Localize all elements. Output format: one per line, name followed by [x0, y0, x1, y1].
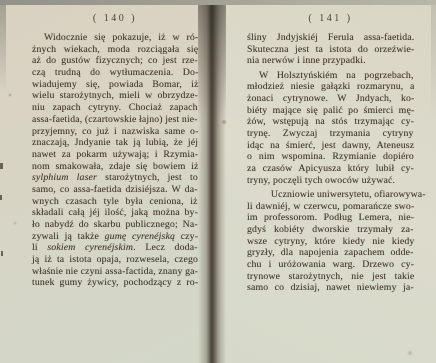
paragraph: Uczniowie uniwersytetu, ofiarowywa-li da… [247, 189, 414, 294]
text-line: wiadujemy się, powiada Bomar, iż [32, 79, 198, 91]
text-line: składali całą jéj ilość, jaką można by- [32, 207, 198, 219]
text-line: żonaci cytrynowe. W Jndyach, ko- [247, 93, 414, 105]
text-line: sylphium laser starożytnych, jest to [32, 172, 198, 184]
scan-top-edge [0, 0, 436, 5]
text-line: przyjemny, co już i nazwiska same o- [32, 126, 198, 138]
book-scan: ( 140 ) Widocznie się pokazuje, iż w ró-… [0, 0, 436, 363]
text-line: nia nerwów i inne przypadki. [247, 55, 414, 67]
text-line: nawet za pokarm używają; i Rzymia- [32, 149, 198, 161]
text-line: gdyś kobiéty dworskie trzymały za- [247, 224, 414, 236]
text-line: żnych wiekach, moda rozciągała się [32, 44, 198, 56]
text-line: li dawniéj, w czerwcu, pomarańcze swo- [247, 201, 414, 213]
book-gutter-shadow [198, 0, 226, 363]
scan-left-edge [0, 0, 6, 92]
text-line: młodzież niesie gałązki rozmarynu, a [247, 81, 414, 93]
text-line: gryzły, dla napojenia zapachem odde- [247, 247, 414, 259]
scan-right-edge [431, 0, 436, 120]
text-line: aż do gustów fizycznych; co jest rze- [32, 55, 198, 67]
page-right: ( 141 ) śliny Jndyjskiéj Ferula assa-fae… [220, 0, 436, 363]
text-line: trynę. Zwyczaj trzymania cytryny [247, 128, 414, 140]
text-line: chu i uróżowania warg. Drzewo cy- [247, 259, 414, 271]
text-line: ją iż ta istota opaja, rozwesela, czego [32, 254, 198, 266]
text-line: znaczają, Jndyanie tak ją lubią, że jéj [32, 137, 198, 149]
paragraph: śliny Jndyjskiéj Ferula assa-faetida.Sku… [247, 32, 414, 67]
text-line: Widocznie się pokazuje, iż w ró- [32, 32, 198, 44]
text-line: żów, wstępują na stós trzymając cy- [247, 116, 414, 128]
text-line: za czasów Apicyusza który lubił cy- [247, 163, 414, 175]
text-line: Uczniowie uniwersytetu, ofiarowywa- [247, 189, 414, 201]
text-line: śliny Jndyjskiéj Ferula assa-faetida. [247, 32, 414, 44]
text-line: wnych czasach tyle była ceniona, iż [32, 196, 198, 208]
page-body-right: śliny Jndyjskiéj Ferula assa-faetida.Sku… [247, 32, 414, 294]
page-body-left: Widocznie się pokazuje, iż w ró-żnych wi… [32, 32, 198, 289]
text-line: wielu starożytnych, mieli w obrzydze- [32, 90, 198, 102]
text-line: W Holsztyńskiém na pogrzebach, [247, 70, 414, 82]
text-line: ło nabydź do skarbu publicznego; Na- [32, 219, 198, 231]
text-line: czą trudną do wytłumaczenia. Do- [32, 67, 198, 79]
text-line: wsze cytryny, które kiedy nie kiedy [247, 236, 414, 248]
text-line: assa-faetida, (czartowskie łajno) jest n… [32, 114, 198, 126]
text-line: samo, co assa-faetida dzisiéjsza. W da- [32, 184, 198, 196]
page-left: ( 140 ) Widocznie się pokazuje, iż w ró-… [0, 0, 208, 363]
text-line: Skuteczna jest ta istota do orzeźwie- [247, 44, 414, 56]
text-line: samo co dzisiaj, nawet niewiemy ja- [247, 282, 414, 294]
paragraph: Widocznie się pokazuje, iż w ró-żnych wi… [32, 32, 198, 289]
text-line: li sokiem cyrenéjskim. Lecz doda- [32, 242, 198, 254]
page-number-right: ( 141 ) [247, 13, 414, 25]
text-line: biéty mające się palić po śmierci mę- [247, 105, 414, 117]
paragraph: W Holsztyńskiém na pogrzebach,młodzież n… [247, 70, 414, 187]
text-line: nom smakowała, zdaje się bowiem iż [32, 161, 198, 173]
text-line: im professorom. Podług Lemera, nie- [247, 212, 414, 224]
text-line: o nim wspomina. Rzymianie dopiéro [247, 151, 414, 163]
text-line: zywali ją także gumę cyrenéjską czy- [32, 231, 198, 243]
text-line: trynowe starożytnych, nie jest takie [247, 271, 414, 283]
text-line: idąc na śmierć, jest dawny, Ateneusz [247, 140, 414, 152]
text-line: tunek gumy żywicy, pochodzący z ro- [32, 277, 198, 289]
page-number-left: ( 140 ) [32, 13, 198, 25]
text-block-right: ( 141 ) śliny Jndyjskiéj Ferula assa-fae… [247, 13, 414, 294]
text-line: niu zapach cytryny. Chociaż zapach [32, 102, 198, 114]
text-line: właśnie nie czyni assa-factida, znany ga… [32, 266, 198, 278]
text-block-left: ( 140 ) Widocznie się pokazuje, iż w ró-… [32, 13, 198, 289]
text-line: tryny, poczęli tych owoców używać. [247, 175, 414, 187]
